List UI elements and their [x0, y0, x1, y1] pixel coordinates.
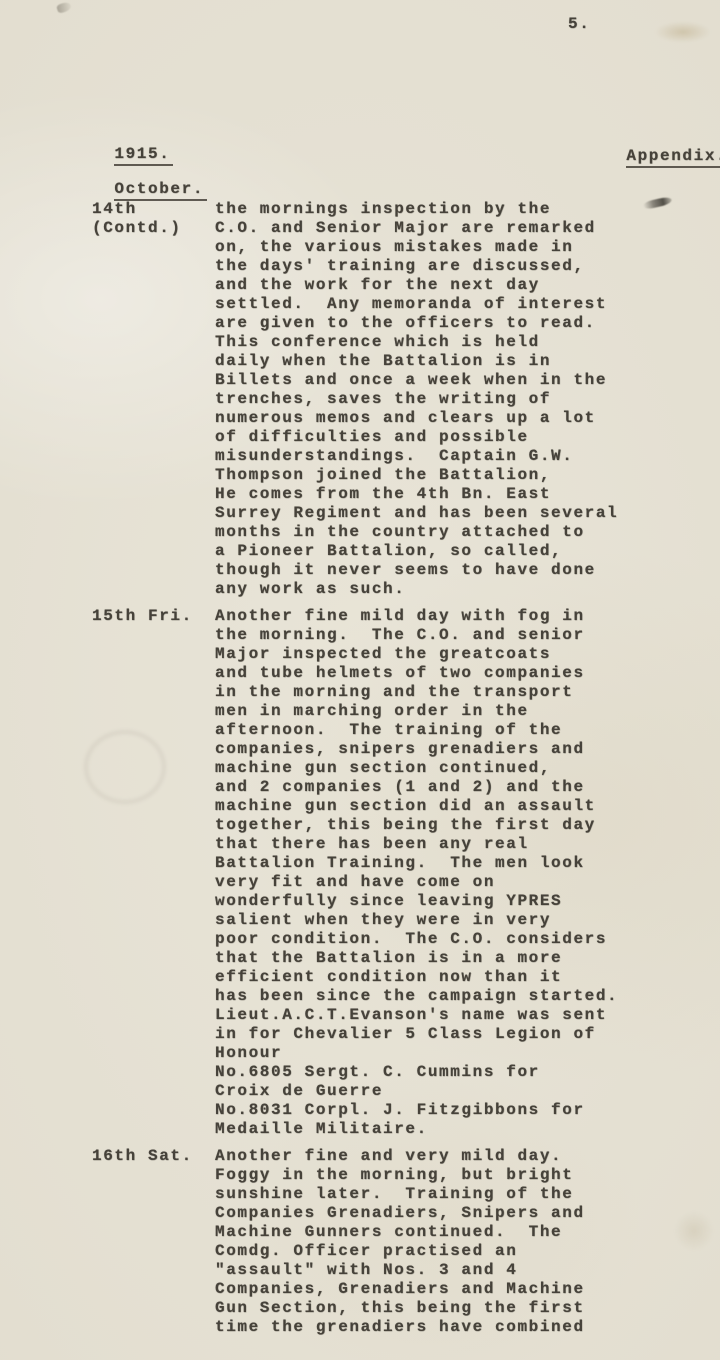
paper-stain: [646, 18, 720, 46]
entry-date-label: 16th Sat.: [92, 1147, 215, 1166]
corner-smudge-mark: [56, 1, 72, 14]
entry-body-text: the mornings inspection by the C.O. and …: [215, 200, 662, 599]
paper-stain: [668, 1205, 720, 1257]
entry-body-text: Another fine mild day with fog in the mo…: [215, 607, 662, 1139]
diary-entry-16th: 16th Sat. Another fine and very mild day…: [92, 1147, 662, 1337]
entry-date-label: 14th (Contd.): [92, 200, 215, 238]
entry-body-text: Another fine and very mild day. Foggy in…: [215, 1147, 662, 1337]
month-heading: October.: [114, 180, 207, 201]
diary-entries: 14th (Contd.) the mornings inspection by…: [92, 200, 662, 1345]
page-number: 5.: [568, 15, 590, 34]
diary-entry-15th: 15th Fri. Another fine mild day with fog…: [92, 607, 662, 1139]
diary-entry-14th: 14th (Contd.) the mornings inspection by…: [92, 200, 662, 599]
appendix-heading: Appendix.: [626, 147, 720, 168]
entry-date-label: 15th Fri.: [92, 607, 215, 626]
